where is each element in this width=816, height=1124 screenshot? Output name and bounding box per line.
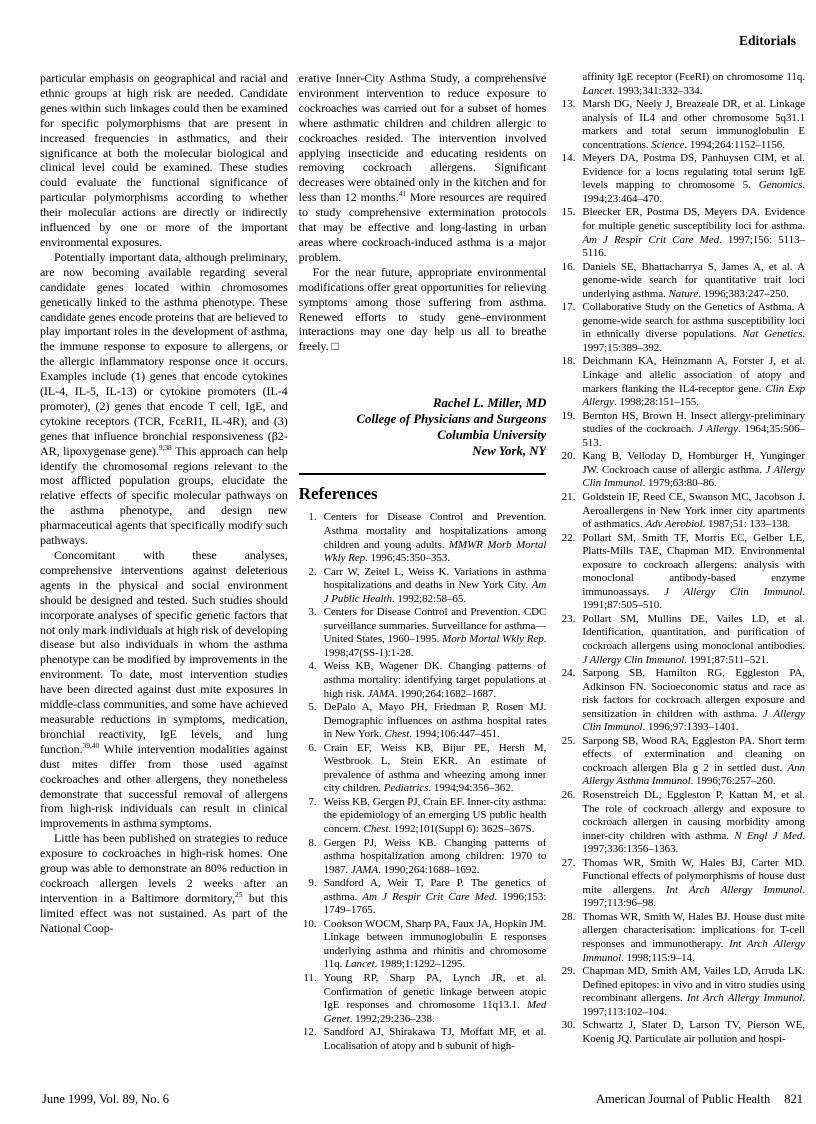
journal-name: Int Arch Allergy Immunol [687, 992, 802, 1004]
reference-item: 10.Cookson WOCM, Sharp PA, Faux JA, Hopk… [299, 918, 547, 972]
article-body: particular emphasis on geographical and … [40, 71, 805, 1073]
section-divider [299, 473, 547, 475]
reference-number: 22. [557, 532, 582, 613]
reference-text: Sandford A, Weir T, Pare P. The genetics… [324, 877, 547, 918]
paragraph: Concomitant with these analyses, compreh… [40, 548, 288, 831]
reference-item: 23.Pollart SM, Mullins DE, Vailes LD, et… [557, 613, 805, 667]
reference-number: 25. [557, 735, 582, 789]
text-run: affinity IgE receptor (FceRI) on chromos… [582, 71, 805, 83]
reference-text: Young RP, Sharp PA, Lynch JR, et al. Con… [324, 972, 547, 1026]
reference-item: 1.Centers for Disease Control and Preven… [299, 511, 547, 565]
reference-item: 21.Goldstein IF, Reed CE, Swanson MC, Ja… [557, 491, 805, 532]
reference-item: 16.Daniels SE, Bhattacharrya S, James A,… [557, 261, 805, 302]
reference-text: Weiss KB, Gergen PJ, Crain EF. Inner-cit… [324, 796, 547, 837]
signature-block: Rachel L. Miller, MD College of Physicia… [299, 396, 547, 459]
reference-text: Centers for Disease Control and Preventi… [324, 606, 547, 660]
reference-item: 24.Sarpong SB, Hamilton RG, Eggleston PA… [557, 667, 805, 735]
text-run: . 1994;264:1152–1156. [684, 139, 785, 151]
reference-item: 7.Weiss KB, Gergen PJ, Crain EF. Inner-c… [299, 796, 547, 837]
signature-affiliation: College of Physicians and Surgeons [299, 412, 547, 428]
column-1: particular emphasis on geographical and … [40, 71, 288, 1073]
footer-journal: American Journal of Public Health821 [596, 1092, 803, 1107]
reference-text: Weiss KB, Wagener DK. Changing patterns … [324, 660, 547, 701]
reference-text: Kang B, Velloday D, Homburger H, Yunging… [582, 450, 805, 491]
reference-item: 9.Sandford A, Weir T, Pare P. The geneti… [299, 877, 547, 918]
reference-item: 26.Rosenstreich DL, Eggleston P, Kattan … [557, 789, 805, 857]
reference-item: 20.Kang B, Velloday D, Homburger H, Yung… [557, 450, 805, 491]
journal-name: Chest [384, 728, 409, 740]
references-heading: References [299, 484, 547, 504]
journal-name: J Allergy [698, 423, 738, 435]
journal-name: JAMA [367, 688, 394, 700]
text-run: Sarpong SB, Wood RA, Eggleston PA. Short… [582, 735, 805, 774]
journal-name: Lancet [582, 85, 612, 97]
text-run: Carr W, Zeitel L, Weiss K. Variations in… [324, 566, 547, 592]
reference-number: 19. [557, 410, 582, 451]
text-run: . 1992;29:236–238. [350, 1013, 435, 1025]
reference-number: 2. [299, 566, 324, 607]
journal-name: Int Arch Allergy Immunol [666, 884, 802, 896]
reference-item: 6.Crain EF, Weiss KB, Bijur PE, Hersh M,… [299, 742, 547, 796]
paragraph: Little has been published on strategies … [40, 831, 288, 935]
reference-text: Meyers DA, Postma DS, Panhuysen CIM, et … [582, 152, 805, 206]
reference-number: 11. [299, 972, 324, 1026]
text-run: . 1996;76:257–260. [691, 775, 776, 787]
signature-university: Columbia University [299, 428, 547, 444]
journal-name: Genomics [759, 179, 803, 191]
reference-item: 13.Marsh DG, Neely J, Breazeale DR, et a… [557, 98, 805, 152]
reference-number: 16. [557, 261, 582, 302]
reference-item: 8.Gergen PJ, Weiss KB. Changing patterns… [299, 837, 547, 878]
citation-superscript: 41 [399, 189, 406, 198]
reference-item: 5.DePalo A, Mayo PH, Friedman P, Rosen M… [299, 701, 547, 742]
text-run: . 1996;383:247–250. [698, 288, 788, 300]
text-run: Pollart SM, Mullins DE, Vailes LD, et al… [582, 613, 805, 652]
journal-name: Adv Aerobiol [645, 518, 702, 530]
reference-number: 30. [557, 1019, 582, 1046]
reference-text: Schwartz J, Slater D, Larson TV, Pierson… [582, 1019, 805, 1046]
column-3: affinity IgE receptor (FceRI) on chromos… [557, 71, 805, 1073]
reference-item: 22.Pollart SM, Smith TF, Morris EC, Gelb… [557, 532, 805, 613]
reference-text: Sarpong SB, Wood RA, Eggleston PA. Short… [582, 735, 805, 789]
reference-text: Centers for Disease Control and Preventi… [324, 511, 547, 565]
text-run: For the near future, appropriate environ… [299, 265, 547, 354]
text-run: . 1989;1:1292–1295. [375, 958, 465, 970]
reference-number: 7. [299, 796, 324, 837]
reference-number: 24. [557, 667, 582, 735]
reference-text: Goldstein IF, Reed CE, Swanson MC, Jacob… [582, 491, 805, 532]
column-2: erative Inner-City Asthma Study, a compr… [299, 71, 547, 1073]
reference-number: 5. [299, 701, 324, 742]
journal-name: Am J Respir Crit Care Med [362, 891, 494, 903]
reference-text: Chapman MD, Smith AM, Vailes LD, Arruda … [582, 965, 805, 1019]
text-run: . 1994;94:356–362. [428, 782, 513, 794]
text-run: . 1991;87:511–521. [684, 654, 769, 666]
journal-page: Editorials particular emphasis on geogra… [0, 0, 816, 1124]
reference-number: 14. [557, 152, 582, 206]
text-run: Potentially important data, although pre… [40, 250, 288, 458]
reference-text: Thomas WR, Smith W, Hales BJ. House dust… [582, 911, 805, 965]
journal-name: Science [651, 139, 684, 151]
journal-name: JAMA [351, 864, 378, 876]
reference-item: 29.Chapman MD, Smith AM, Vailes LD, Arru… [557, 965, 805, 1019]
page-footer: June 1999, Vol. 89, No. 6 American Journ… [42, 1092, 803, 1107]
reference-number: 3. [299, 606, 324, 660]
text-run: Bleecker ER, Postma DS, Meyers DA. Evide… [582, 206, 805, 232]
reference-item: 12.Sandford AJ, Shirakawa TJ, Moffatt MF… [299, 1026, 547, 1053]
reference-number: 6. [299, 742, 324, 796]
reference-number: 27. [557, 857, 582, 911]
reference-text: Marsh DG, Neely J, Breazeale DR, et al. … [582, 98, 805, 152]
text-run: . 1987;51: 133–138. [703, 518, 791, 530]
journal-name: J Allergy Clin Immunol [582, 654, 684, 666]
citation-superscript: 9,38 [159, 443, 172, 452]
reference-item: 11.Young RP, Sharp PA, Lynch JR, et al. … [299, 972, 547, 1026]
reference-item: 30.Schwartz J, Slater D, Larson TV, Pier… [557, 1019, 805, 1046]
reference-text: Carr W, Zeitel L, Weiss K. Variations in… [324, 566, 547, 607]
paragraph: erative Inner-City Asthma Study, a compr… [299, 71, 547, 265]
reference-number: 4. [299, 660, 324, 701]
text-run: . 1996;45:350–353. [365, 552, 450, 564]
journal-name: Lancet [345, 958, 375, 970]
reference-text: Crain EF, Weiss KB, Bijur PE, Hersh M, W… [324, 742, 547, 796]
reference-text: Bleecker ER, Postma DS, Meyers DA. Evide… [582, 206, 805, 260]
reference-text: Deichmann KA, Heinzmann A, Forster J, et… [582, 355, 805, 409]
text-run: . 1992;82:58–65. [392, 593, 466, 605]
footer-issue: June 1999, Vol. 89, No. 6 [42, 1092, 169, 1107]
reference-text: Pollart SM, Mullins DE, Vailes LD, et al… [582, 613, 805, 667]
reference-number: 10. [299, 918, 324, 972]
reference-text: DePalo A, Mayo PH, Friedman P, Rosen MJ.… [324, 701, 547, 742]
paragraph: Potentially important data, although pre… [40, 250, 288, 548]
reference-number: 23. [557, 613, 582, 667]
reference-number: 9. [299, 877, 324, 918]
journal-name: Am J Respir Crit Care Med [582, 234, 719, 246]
reference-number: 13. [557, 98, 582, 152]
text-run: . 1990;264:1688–1692. [378, 864, 479, 876]
reference-text: Gergen PJ, Weiss KB. Changing patterns o… [324, 837, 547, 878]
column-2-text: erative Inner-City Asthma Study, a compr… [299, 71, 547, 354]
journal-name: Nature [668, 288, 698, 300]
reference-text: affinity IgE receptor (FceRI) on chromos… [582, 71, 805, 98]
text-run: . 1994;106:447–451. [409, 728, 499, 740]
reference-number: 26. [557, 789, 582, 857]
text-run: . 1996;97:1393–1401. [643, 721, 739, 733]
footer-journal-title: American Journal of Public Health [596, 1092, 770, 1106]
paragraph: particular emphasis on geographical and … [40, 71, 288, 250]
text-run: . 1998;115:9–14. [621, 952, 695, 964]
reference-item: 15.Bleecker ER, Postma DS, Meyers DA. Ev… [557, 206, 805, 260]
journal-name: Pediatrics [384, 782, 429, 794]
text-run: . 1979;63:80–86. [643, 477, 717, 489]
reference-item: 19.Bernton HS, Brown H. Insect allergy-p… [557, 410, 805, 451]
reference-item: 27.Thomas WR, Smith W, Hales BJ, Carter … [557, 857, 805, 911]
references-list-part2: affinity IgE receptor (FceRI) on chromos… [557, 71, 805, 1046]
reference-text: Cookson WOCM, Sharp PA, Faux JA, Hopkin … [324, 918, 547, 972]
footer-page-number: 821 [784, 1092, 803, 1106]
reference-number: 28. [557, 911, 582, 965]
text-run: Concomitant with these analyses, compreh… [40, 548, 288, 756]
reference-text: Sarpong SB, Hamilton RG, Eggleston PA, A… [582, 667, 805, 735]
reference-text: Sandford AJ, Shirakawa TJ, Moffatt MF, e… [324, 1026, 547, 1053]
reference-number: 29. [557, 965, 582, 1019]
reference-item: affinity IgE receptor (FceRI) on chromos… [557, 71, 805, 98]
reference-item: 4.Weiss KB, Wagener DK. Changing pattern… [299, 660, 547, 701]
reference-number: 12. [299, 1026, 324, 1053]
reference-item: 25.Sarpong SB, Wood RA, Eggleston PA. Sh… [557, 735, 805, 789]
reference-item: 17.Collaborative Study on the Genetics o… [557, 301, 805, 355]
text-run: . 1992;101(Suppl 6): 362S–367S. [388, 823, 534, 835]
text-run: . 1998;28:151–155. [614, 396, 699, 408]
reference-text: Daniels SE, Bhattacharrya S, James A, et… [582, 261, 805, 302]
text-run: . 1990;264:1682–1687. [395, 688, 496, 700]
text-run: . 1993;341:332–334. [612, 85, 702, 97]
text-run: erative Inner-City Asthma Study, a compr… [299, 71, 547, 204]
reference-item: 3.Centers for Disease Control and Preven… [299, 606, 547, 660]
reference-text: Rosenstreich DL, Eggleston P, Kattan M, … [582, 789, 805, 857]
reference-text: Pollart SM, Smith TF, Morris EC, Gelber … [582, 532, 805, 613]
reference-number: 8. [299, 837, 324, 878]
journal-name: Chest [364, 823, 389, 835]
reference-item: 2.Carr W, Zeitel L, Weiss K. Variations … [299, 566, 547, 607]
reference-text: Collaborative Study on the Genetics of A… [582, 301, 805, 355]
paragraph: For the near future, appropriate environ… [299, 265, 547, 354]
reference-number: 17. [557, 301, 582, 355]
text-run: Schwartz J, Slater D, Larson TV, Pierson… [582, 1019, 805, 1045]
journal-name: Nat Genetics [743, 328, 803, 340]
text-run: particular emphasis on geographical and … [40, 71, 288, 249]
signature-author: Rachel L. Miller, MD [299, 396, 547, 412]
reference-number: 20. [557, 450, 582, 491]
citation-superscript: 39,40 [83, 741, 100, 750]
text-run: Sandford AJ, Shirakawa TJ, Moffatt MF, e… [324, 1026, 547, 1052]
reference-item: 28.Thomas WR, Smith W, Hales BJ. House d… [557, 911, 805, 965]
reference-item: 14.Meyers DA, Postma DS, Panhuysen CIM, … [557, 152, 805, 206]
reference-number: 1. [299, 511, 324, 565]
reference-number: 15. [557, 206, 582, 260]
text-run: Young RP, Sharp PA, Lynch JR, et al. Con… [324, 972, 547, 1011]
journal-name: Morb Mortal Wkly Rep [442, 633, 544, 645]
references-list-part1: 1.Centers for Disease Control and Preven… [299, 511, 547, 1053]
reference-text: Thomas WR, Smith W, Hales BJ, Carter MD.… [582, 857, 805, 911]
reference-number: 18. [557, 355, 582, 409]
reference-text: Bernton HS, Brown H. Insect allergy-prel… [582, 410, 805, 451]
reference-number: 21. [557, 491, 582, 532]
reference-number [557, 71, 582, 98]
running-head-editorials: Editorials [739, 33, 796, 49]
reference-item: 18.Deichmann KA, Heinzmann A, Forster J,… [557, 355, 805, 409]
signature-location: New York, NY [299, 444, 547, 460]
text-run: This approach can help identify the chro… [40, 444, 288, 547]
journal-name: N Engl J Med [734, 830, 802, 842]
journal-name: J Allergy Clin Immunol [664, 586, 802, 598]
